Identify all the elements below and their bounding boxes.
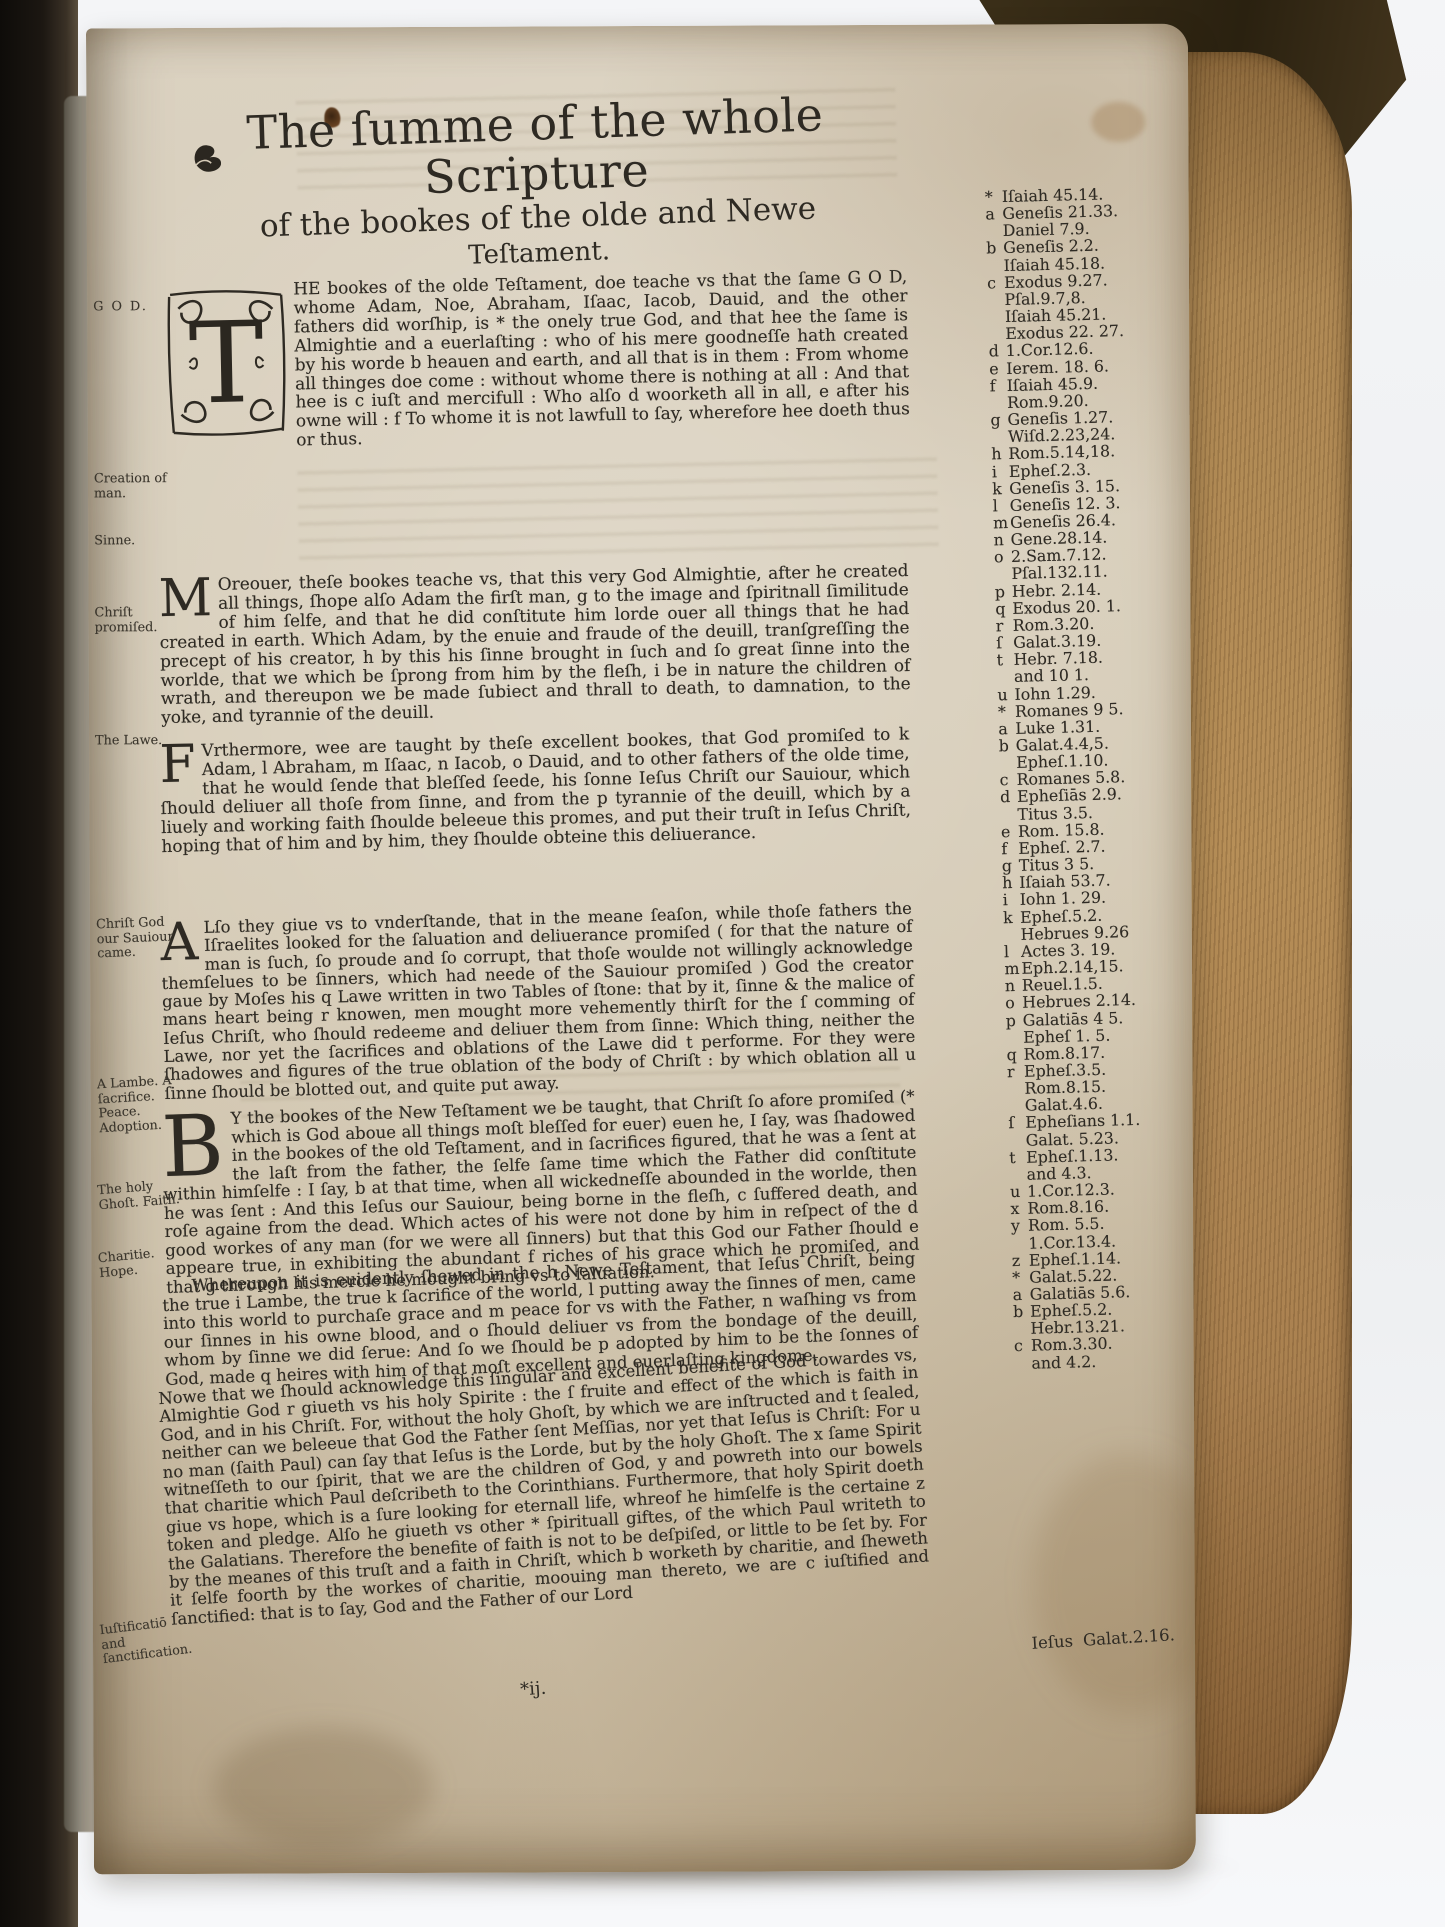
fox-stain [1032, 1453, 1223, 1714]
reference-marker: o [994, 548, 1011, 566]
fox-stain [1091, 102, 1145, 142]
reference-marker: q [995, 600, 1012, 618]
reference-marker: d [989, 342, 1006, 360]
reference-marker [987, 291, 1004, 309]
reference-marker [1008, 1097, 1025, 1115]
reference-marker: b [986, 240, 1003, 258]
fox-stain [213, 1727, 434, 1848]
reference-marker: * [1012, 1269, 1029, 1287]
reference-marker [1000, 805, 1017, 823]
reference-marker [1013, 1320, 1030, 1338]
photo-of-open-book: The ſumme of the whole Scripture of the … [0, 0, 1445, 1927]
reference-marker: g [990, 411, 1007, 429]
reference-marker: e [1001, 823, 1018, 841]
reference-marker [988, 308, 1005, 326]
reference-marker: a [985, 205, 1002, 223]
reference-marker [1003, 926, 1020, 944]
reference-marker [997, 668, 1014, 686]
reference-marker [999, 754, 1016, 772]
reference-marker: ſ [996, 634, 1013, 652]
reference-marker: k [1003, 908, 1020, 926]
reference-marker [990, 394, 1007, 412]
reference-marker: m [1004, 960, 1021, 978]
reference-marker: ſ [1008, 1114, 1025, 1132]
sidenote-a-lambe: A Lambe. A ſacrifice. Peace. Adoption. [97, 1074, 186, 1137]
reference-marker [986, 222, 1003, 240]
paragraph-old-testament: HE bookes of the olde Teſtament, doe tea… [293, 267, 910, 449]
reference-marker: n [1005, 977, 1022, 995]
reference-marker: a [1012, 1286, 1029, 1304]
sidenote-creation-of-man: Creation of man. [94, 472, 180, 502]
page-title: The ſumme of the whole Scripture of the … [144, 87, 929, 284]
catchword: Ieſus [1031, 1631, 1074, 1652]
reference-marker: r [1007, 1063, 1024, 1081]
reference-marker: r [996, 617, 1013, 635]
reference-marker: t [1009, 1149, 1026, 1167]
paragraph-holy-ghost-faith: Nowe that we ſhould acknowledge this ſin… [158, 1346, 931, 1629]
reference-marker: c [999, 771, 1016, 789]
reference-marker: i [992, 462, 1009, 480]
reference-marker: k [992, 480, 1009, 498]
reference-marker: i [1002, 891, 1019, 909]
reference-marker: n [993, 531, 1010, 549]
paragraph-text: Lſo they giue vs to vnderſtande, that in… [161, 899, 916, 1103]
paragraph-creation-sinne: MOreouer, theſe bookes teache vs, that t… [158, 561, 911, 727]
reference-marker: l [992, 497, 1009, 515]
reference-marker: p [1006, 1011, 1023, 1029]
paragraph-the-lawe: ALſo they giue vs to vnderſtande, that i… [160, 900, 917, 1103]
reference-marker: z [1012, 1251, 1029, 1269]
reference-marker: x [1010, 1200, 1027, 1218]
reference-line: and 4.2. [1014, 1350, 1198, 1372]
reference-marker: u [997, 685, 1014, 703]
reference-marker: a [998, 720, 1015, 738]
reference-marker: l [1004, 943, 1021, 961]
reference-marker [1006, 1028, 1023, 1046]
sidenote-christ-god-our-sauiour: Chriſt God our Sauiour came. [96, 915, 184, 962]
ink-showthrough [297, 451, 939, 573]
book-page: The ſumme of the whole Scripture of the … [86, 24, 1196, 1875]
dropcap-letter-T: T [188, 298, 265, 429]
paragraph-text: Vrthermore, wee are taught by theſe exce… [160, 723, 911, 855]
paragraph-text: Oreouer, theſe bookes teache vs, that th… [159, 560, 910, 727]
reference-marker [1011, 1234, 1028, 1252]
reference-marker: c [1014, 1337, 1031, 1355]
reference-marker: o [1005, 994, 1022, 1012]
reference-marker [986, 257, 1003, 275]
reference-marker: u [1010, 1183, 1027, 1201]
reference-marker [1009, 1131, 1026, 1149]
reference-marker: d [1000, 788, 1017, 806]
reference-marker: f [1001, 840, 1018, 858]
reference-marker: * [985, 188, 1002, 206]
reference-marker: b [1013, 1303, 1030, 1321]
reference-marker: * [998, 703, 1015, 721]
reference-text: and 4.2. [1031, 1350, 1198, 1371]
sidenote-the-lawe: The Lawe. [95, 734, 181, 749]
reference-marker: p [995, 583, 1012, 601]
reference-marker: f [989, 377, 1006, 395]
reference-marker [1014, 1354, 1031, 1372]
reference-marker: g [1002, 857, 1019, 875]
reference-marker: e [989, 360, 1006, 378]
reference-marker: y [1011, 1217, 1028, 1235]
signature-mark: *ij. [453, 1674, 614, 1705]
sidenote-god: G O D. [93, 300, 179, 315]
reference-marker [994, 565, 1011, 583]
sidenote-christ-promised: Chriſt promiſed. [94, 606, 180, 636]
reference-marker: t [996, 651, 1013, 669]
reference-marker: c [987, 274, 1004, 292]
references-column: * Iſaiah 45.14. a Geneſis 21.33. Daniel … [985, 184, 1199, 1372]
reference-marker: m [993, 514, 1010, 532]
sidenote-sinne: Sinne. [94, 534, 180, 549]
sidenote-iustification: Iuſtificatiō and ſanctification. [99, 1614, 190, 1668]
reference-marker: b [999, 737, 1016, 755]
reference-marker: h [991, 445, 1008, 463]
reference-marker [988, 325, 1005, 343]
woodcut-initial-T: T [164, 285, 289, 441]
reference-marker: h [1002, 874, 1019, 892]
reference-marker: q [1006, 1046, 1023, 1064]
reference-marker [1007, 1080, 1024, 1098]
paragraph-christ-promised: FVrthermore, wee are taught by theſe exc… [159, 724, 911, 855]
reference-marker [991, 428, 1008, 446]
reference-marker [1009, 1166, 1026, 1184]
